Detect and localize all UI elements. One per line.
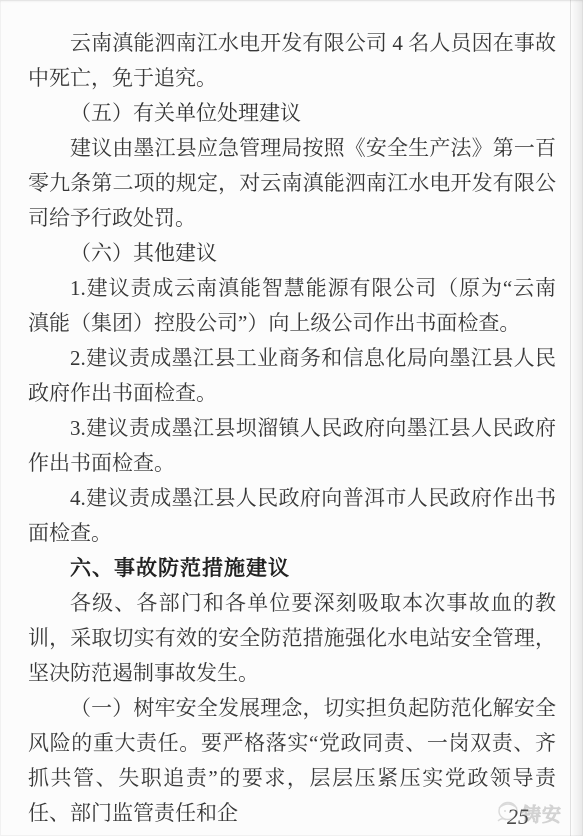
paragraph-liability-exempt: 云南滇能泗南江水电开发有限公司 4 名人员因在事故中死亡，免于追究。 xyxy=(28,26,556,96)
paragraph-suggestion-2: 2.建议责成墨江县工业商务和信息化局向墨江县人民政府作出书面检查。 xyxy=(28,341,556,411)
paragraph-admin-penalty: 建议由墨江县应急管理局按照《安全生产法》第一百零九条第二项的规定，对云南滇能泗南… xyxy=(28,131,556,236)
paragraph-measure-1-truncated: （一）树牢安全发展理念，切实担负起防范化解安全风险的重大责任。要严格落实“党政同… xyxy=(28,691,556,831)
paragraph-suggestion-1: 1.建议责成云南滇能智慧能源有限公司（原为“云南滇能（集团）控股公司”）向上级公… xyxy=(28,271,556,341)
scan-edge-shadow-top xyxy=(0,0,583,3)
scan-edge-shadow-right xyxy=(570,0,583,836)
paragraph-lessons: 各级、各部门和各单位要深刻吸取本次事故血的教训，采取切实有效的安全防范措施强化水… xyxy=(28,586,556,691)
scanned-report-page: 云南滇能泗南江水电开发有限公司 4 名人员因在事故中死亡，免于追究。（五）有关单… xyxy=(0,0,583,836)
paragraph-suggestion-3: 3.建议责成墨江县坝溜镇人民政府向墨江县人民政府作出书面检查。 xyxy=(28,411,556,481)
heading-section-6: （六）其他建议 xyxy=(28,236,556,271)
paragraph-suggestion-4: 4.建议责成墨江县人民政府向普洱市人民政府作出书面检查。 xyxy=(28,481,556,551)
zhuan-watermark: 铸安 xyxy=(494,793,570,833)
document-body: 云南滇能泗南江水电开发有限公司 4 名人员因在事故中死亡，免于追究。（五）有关单… xyxy=(28,26,556,831)
heading-section-5: （五）有关单位处理建议 xyxy=(28,96,556,131)
heading-chapter-6: 六、事故防范措施建议 xyxy=(28,551,556,586)
page-number: 25 xyxy=(507,804,529,830)
